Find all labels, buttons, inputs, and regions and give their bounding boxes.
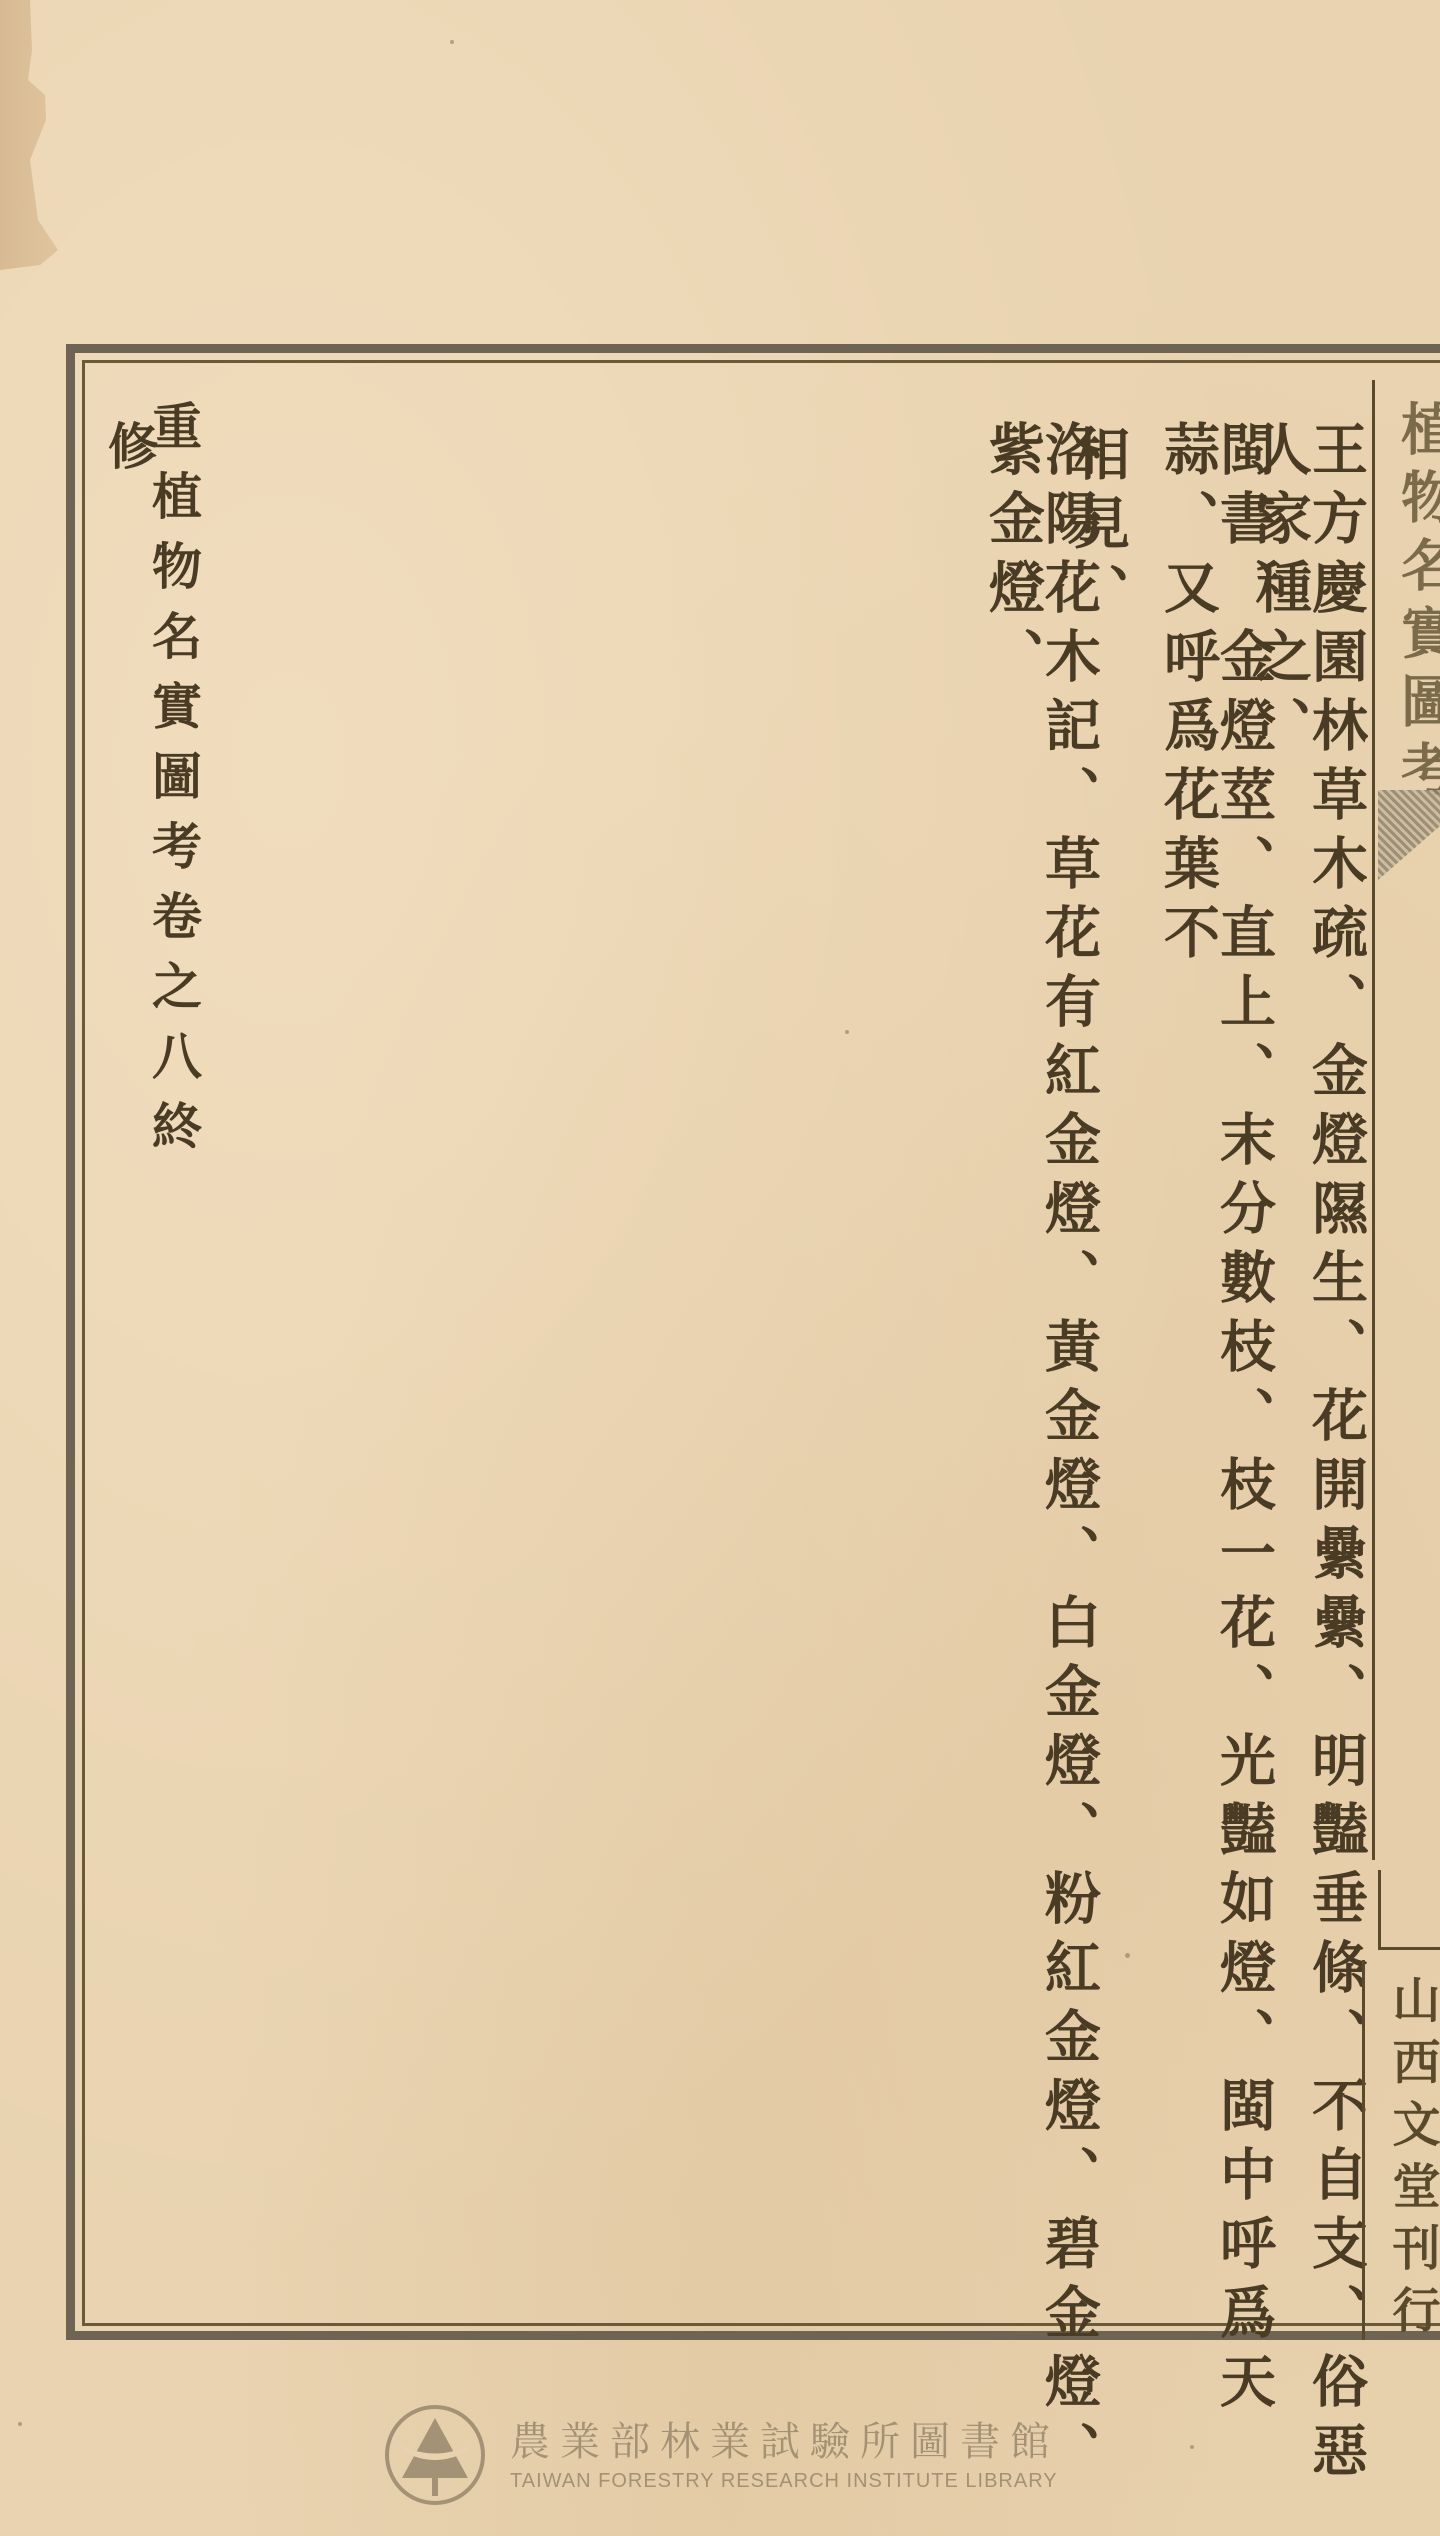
- watermark-name-chinese: 農業部林業試驗所圖書館: [510, 2418, 1060, 2466]
- spine-book-title: 植物名實圖考: [1385, 400, 1440, 808]
- spine-bracket: [1378, 1870, 1440, 1950]
- torn-paper-edge: [0, 0, 58, 270]
- closing-title: 重植物名實圖考卷之八終: [148, 400, 198, 1170]
- forestry-institute-logo-icon: [380, 2400, 490, 2510]
- paper-speck: [1190, 2445, 1194, 2449]
- paper-speck: [845, 1030, 849, 1034]
- spine-publisher: 山西文堂刊行: [1378, 1975, 1440, 2347]
- library-watermark: 農業部林業試驗所圖書館 TAIWAN FORESTRY RESEARCH INS…: [380, 2400, 1080, 2510]
- text-column-4: 洛陽花木記、草花有紅金燈、黃金燈、白金燈、粉紅金燈、碧金燈、紫金燈、: [985, 420, 1097, 2536]
- spine-divider-rule-upper: [1372, 380, 1375, 1860]
- text-column-2: 閩書、金燈莖、直上、末分數枝、枝一花、光豔如燈、閩中呼爲天蒜、又呼爲花葉不: [1160, 420, 1272, 2536]
- watermark-name-english: TAIWAN FORESTRY RESEARCH INSTITUTE LIBRA…: [510, 2470, 1060, 2493]
- paper-speck: [1125, 1953, 1130, 1958]
- spine-divider-rule-lower: [1362, 1960, 1365, 2340]
- paper-speck: [18, 2422, 22, 2426]
- paper-speck: [450, 40, 454, 44]
